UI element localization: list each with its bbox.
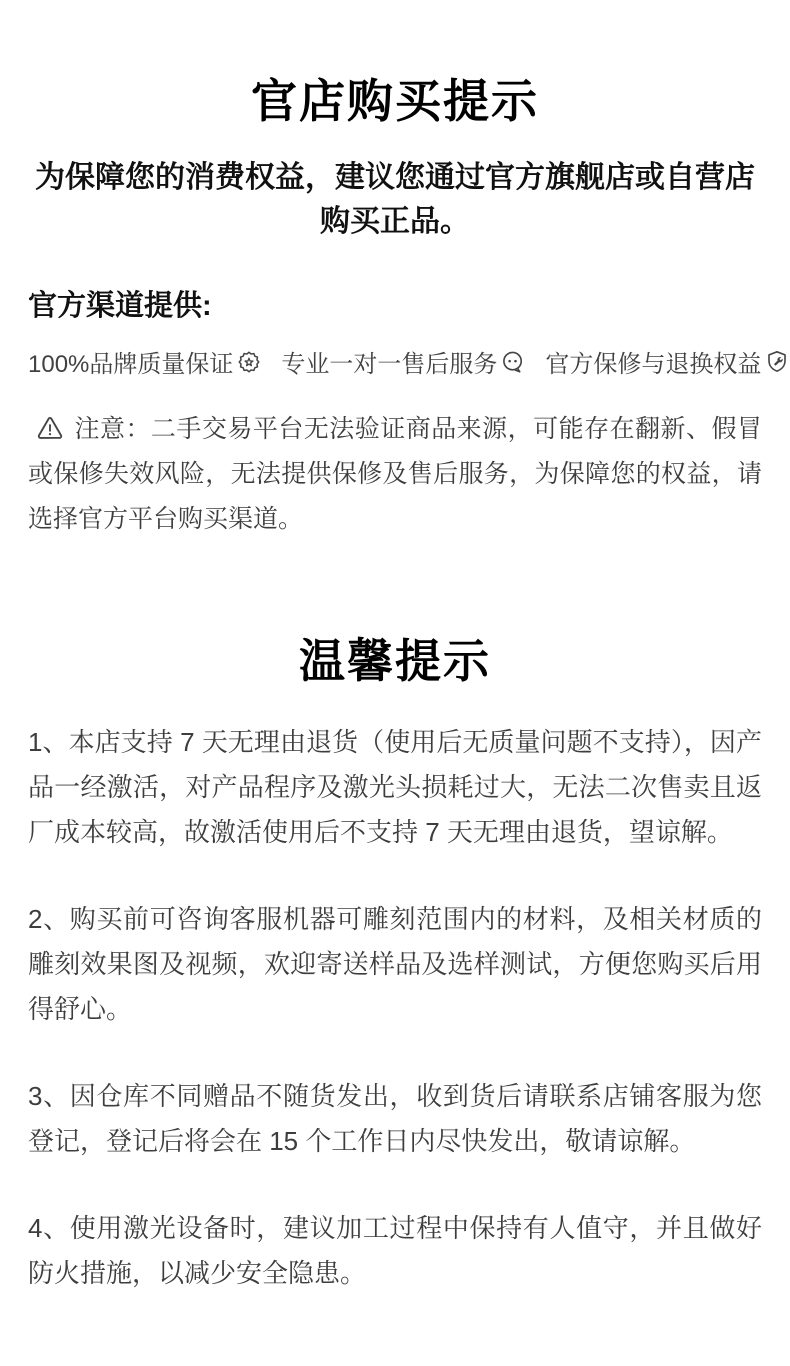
warning-label: 注意： xyxy=(74,415,151,443)
purchase-notice-page: 官店购买提示 为保障您的消费权益，建议您通过官方旗舰店或自营店购买正品。 官方渠… xyxy=(0,0,790,1366)
tip-item-1: 1、本店支持 7 天无理由退货（使用后无质量问题不支持），因产品一经激活，对产品… xyxy=(28,720,762,855)
tip-item-2: 2、购买前可咨询客服机器可雕刻范围内的材料，及相关材质的雕刻效果图及视频，欢迎寄… xyxy=(28,897,762,1032)
official-channel-heading: 官方渠道提供: xyxy=(28,288,762,324)
official-purchase-title: 官店购买提示 xyxy=(28,0,762,132)
benefit-warranty-return: 官方保修与退换权益 xyxy=(545,344,790,379)
benefit-label: 专业一对一售后服务 xyxy=(281,344,497,379)
tip-item-4: 4、使用激光设备时，建议加工过程中保持有人值守，并且做好防火措施，以减少安全隐患… xyxy=(28,1206,762,1296)
tip-item-3: 3、因仓库不同赠品不随货发出，收到货后请联系店铺客服为您登记，登记后将会在 15… xyxy=(28,1074,762,1164)
warning-triangle-icon xyxy=(35,413,65,443)
benefits-row: 100%品牌质量保证 专业一对一售后服务 官方保修与退换权益 xyxy=(28,344,762,379)
warm-tips-section: 温馨提示 1、本店支持 7 天无理由退货（使用后无质量问题不支持），因产品一经激… xyxy=(28,542,762,1296)
official-purchase-subtitle: 为保障您的消费权益，建议您通过官方旗舰店或自营店购买正品。 xyxy=(28,156,762,244)
chat-bubble-icon xyxy=(500,349,526,375)
official-purchase-section: 官店购买提示 为保障您的消费权益，建议您通过官方旗舰店或自营店购买正品。 官方渠… xyxy=(28,0,762,542)
benefit-quality-guarantee: 100%品牌质量保证 xyxy=(28,344,262,379)
medal-badge-icon xyxy=(236,349,262,375)
warning-paragraph: 注意：二手交易平台无法验证商品来源，可能存在翻新、假冒或保修失效风险，无法提供保… xyxy=(28,407,762,542)
shield-wrench-icon xyxy=(764,349,790,375)
benefit-label: 官方保修与退换权益 xyxy=(545,344,761,379)
benefit-label: 100%品牌质量保证 xyxy=(28,344,233,379)
benefit-after-sales-service: 专业一对一售后服务 xyxy=(281,344,526,379)
warm-tips-title: 温馨提示 xyxy=(28,542,762,692)
